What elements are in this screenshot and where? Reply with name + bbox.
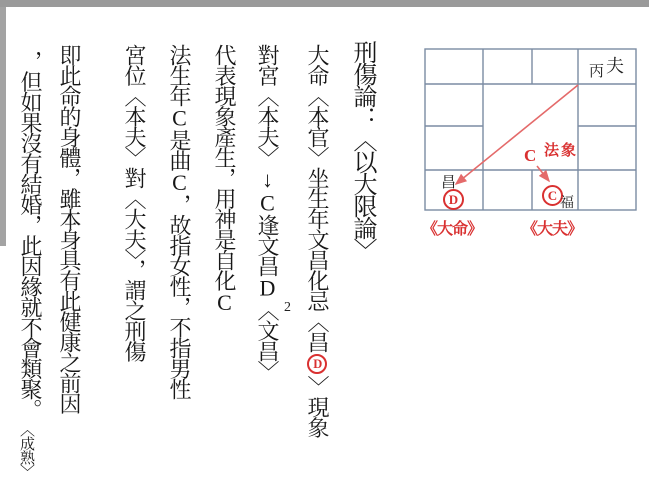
star-fu-label: 福 [560, 192, 574, 212]
palace-stem-label: 丙 [589, 60, 604, 81]
text-column-3: 對宮〈本夫〉↓C逢文昌D〈文昌〉 [254, 44, 281, 381]
palace-chart: 丙 夫 C 法象 昌 D C 福 《大命》 《大夫》 [415, 40, 649, 240]
text-column-2: 大命〈本官〉坐生年文昌化忌〈昌D〉現象 [304, 44, 331, 437]
text-column-4: 代表現象產生，用神是自化C [211, 44, 238, 314]
column8-note: 〈成熟〉 [12, 422, 39, 478]
column5-text: 法生年C是曲C，故指女性，不指男性 [167, 44, 192, 399]
column3-text: 對宮〈本夫〉↓C逢文昌D〈文昌〉 [255, 44, 280, 381]
column7-text: 即此命的身體，雖本身具有此健康之前因 [57, 44, 82, 413]
column8-text: ，但如果沒有結婚，此因緣就不會類聚。 [18, 50, 43, 419]
heading-text: 刑傷論：〈以大限論〉 [349, 40, 375, 260]
column2-text-pre: 大命〈本官〉坐生年文昌化忌〈昌 [305, 44, 330, 352]
text-column-5: 法生年C是曲C，故指女性，不指男性 [166, 44, 193, 399]
text-column-6: 宮位〈本夫〉對〈大夫〉，謂之刑傷 [121, 44, 148, 361]
window-edge-top [0, 0, 649, 7]
scanned-page: 刑傷論：〈以大限論〉 大命〈本官〉坐生年文昌化忌〈昌D〉現象 對宮〈本夫〉↓C逢… [0, 0, 649, 480]
footnote-marker-2: 2 [284, 300, 291, 316]
caption-da-fu: 《大夫》 [522, 216, 582, 239]
grid-lines [425, 49, 636, 210]
window-edge-left [0, 7, 6, 246]
column2-text-post: 〉現象 [305, 376, 330, 438]
circled-d-inline-annotation: D [307, 354, 327, 374]
column4-text: 代表現象產生，用神是自化C [212, 44, 237, 314]
caption-da-ming: 《大命》 [422, 216, 482, 239]
arrow-short-c [537, 166, 549, 181]
column6-text: 宮位〈本夫〉對〈大夫〉，謂之刑傷 [122, 44, 147, 361]
text-column-8: ，但如果沒有結婚，此因緣就不會類聚。〈成熟〉 [16, 50, 44, 475]
text-column-heading: 刑傷論：〈以大限論〉 [348, 40, 375, 260]
palace-name-label: 夫 [606, 52, 624, 78]
arrow-long-flying-ji [456, 85, 578, 184]
text-column-7: 即此命的身體，雖本身具有此健康之前因 [56, 44, 83, 413]
circled-d-chart: D [443, 189, 464, 210]
center-label-faxiang: 法象 [544, 139, 578, 160]
center-letter-c: C [524, 146, 536, 166]
